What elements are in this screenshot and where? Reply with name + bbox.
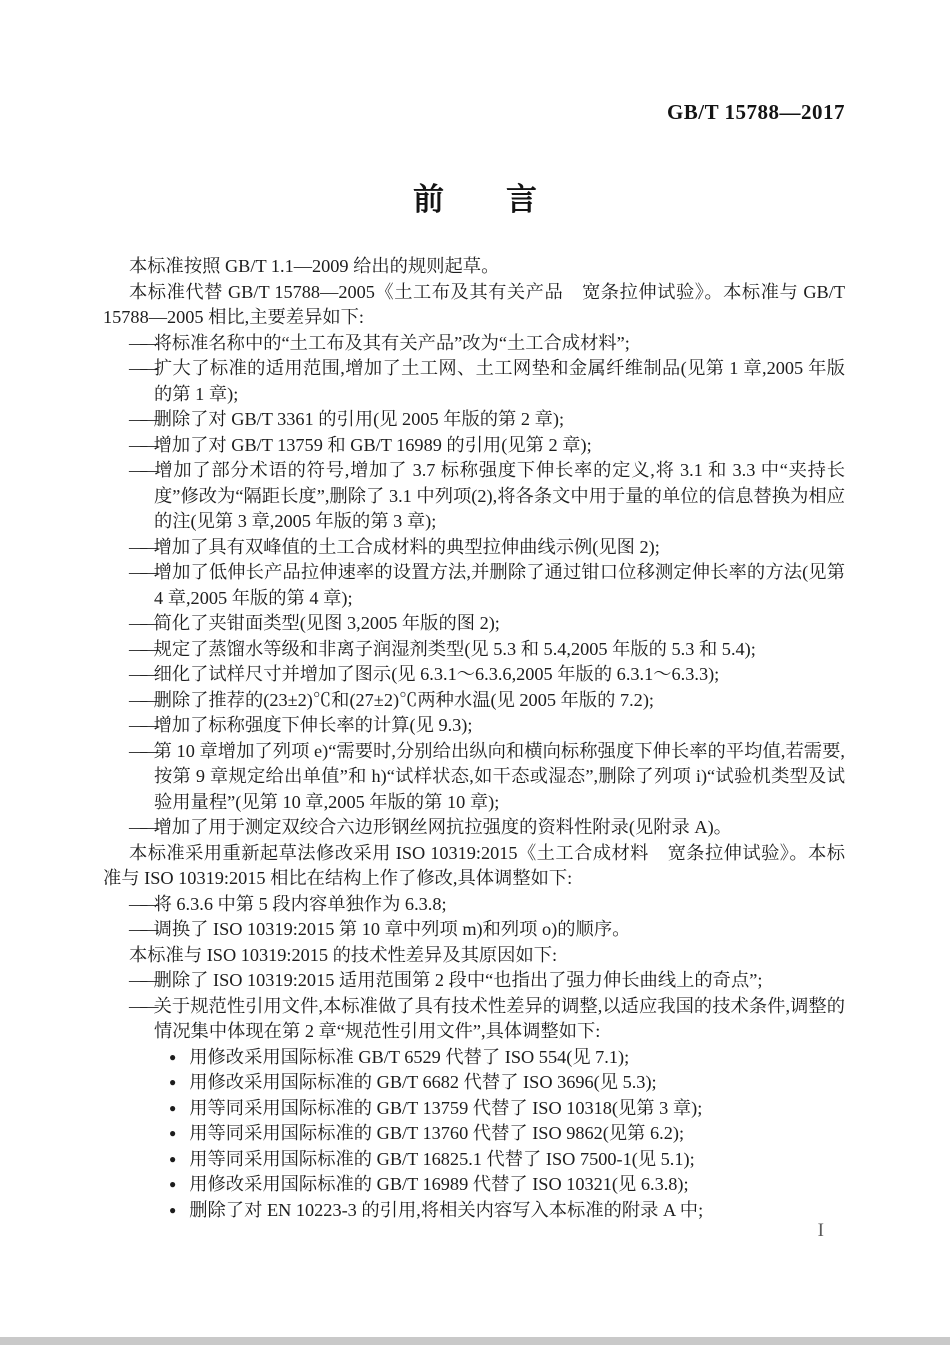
bullet-item: ●用等同采用国际标准的 GB/T 13760 代替了 ISO 9862(见第 6… (103, 1121, 845, 1147)
paragraph-text: 增加了部分术语的符号,增加了 3.7 标称强度下伸长率的定义,将 3.1 和 3… (154, 460, 845, 531)
dash-marker: —— (129, 919, 152, 939)
dash-item: ——增加了标称强度下伸长率的计算(见 9.3); (103, 713, 845, 739)
page-number: I (818, 1220, 824, 1242)
dash-marker: —— (129, 613, 152, 633)
dash-item: ——调换了 ISO 10319:2015 第 10 章中列项 m)和列项 o)的… (103, 917, 845, 943)
dash-item: ——增加了对 GB/T 13759 和 GB/T 16989 的引用(见第 2 … (103, 433, 845, 459)
dash-item: ——删除了 ISO 10319:2015 适用范围第 2 段中“也指出了强力伸长… (103, 968, 845, 994)
document-body: 本标准按照 GB/T 1.1—2009 给出的规则起草。本标准代替 GB/T 1… (103, 254, 845, 1223)
bullet-item: ●用等同采用国际标准的 GB/T 13759 代替了 ISO 10318(见第 … (103, 1096, 845, 1122)
standard-code: GB/T 15788—2017 (667, 100, 845, 125)
dash-marker: —— (129, 715, 152, 735)
dash-item: ——增加了部分术语的符号,增加了 3.7 标称强度下伸长率的定义,将 3.1 和… (103, 458, 845, 535)
bullet-item: ●用修改采用国际标准的 GB/T 16989 代替了 ISO 10321(见 6… (103, 1172, 845, 1198)
dash-marker: —— (129, 894, 152, 914)
paragraph-text: 关于规范性引用文件,本标准做了具有技术性差异的调整,以适应我国的技术条件,调整的… (154, 996, 845, 1042)
bullet-item: ●用等同采用国际标准的 GB/T 16825.1 代替了 ISO 7500-1(… (103, 1147, 845, 1173)
paragraph-text: 增加了用于测定双绞合六边形钢丝网抗拉强度的资料性附录(见附录 A)。 (154, 817, 732, 837)
paragraph-text: 删除了对 GB/T 3361 的引用(见 2005 年版的第 2 章); (154, 409, 564, 429)
page-title: 前 言 (0, 174, 950, 219)
dash-marker: —— (129, 333, 152, 353)
dash-item: ——增加了用于测定双绞合六边形钢丝网抗拉强度的资料性附录(见附录 A)。 (103, 815, 845, 841)
paragraph-text: 增加了具有双峰值的土工合成材料的典型拉伸曲线示例(见图 2); (154, 537, 660, 557)
bullet-icon: ● (169, 1050, 189, 1064)
paragraph: 本标准采用重新起草法修改采用 ISO 10319:2015《土工合成材料 宽条拉… (103, 841, 845, 892)
bullet-item: ●删除了对 EN 10223-3 的引用,将相关内容写入本标准的附录 A 中; (103, 1198, 845, 1224)
paragraph-text: 调换了 ISO 10319:2015 第 10 章中列项 m)和列项 o)的顺序… (154, 919, 631, 939)
dash-marker: —— (129, 996, 152, 1016)
paragraph-text: 删除了 ISO 10319:2015 适用范围第 2 段中“也指出了强力伸长曲线… (154, 970, 763, 990)
dash-marker: —— (129, 690, 152, 710)
dash-marker: —— (129, 741, 152, 761)
paragraph-text: 规定了蒸馏水等级和非离子润湿剂类型(见 5.3 和 5.4,2005 年版的 5… (154, 639, 756, 659)
paragraph-text: 增加了对 GB/T 13759 和 GB/T 16989 的引用(见第 2 章)… (154, 435, 592, 455)
paragraph-text: 用修改采用国际标准的 GB/T 6682 代替了 ISO 3696(见 5.3)… (189, 1072, 656, 1092)
scan-edge (0, 1337, 950, 1345)
document-page: GB/T 15788—2017 前 言 本标准按照 GB/T 1.1—2009 … (0, 0, 950, 1345)
dash-marker: —— (129, 537, 152, 557)
bullet-icon: ● (169, 1101, 189, 1115)
dash-item: ——规定了蒸馏水等级和非离子润湿剂类型(见 5.3 和 5.4,2005 年版的… (103, 637, 845, 663)
dash-item: ——删除了对 GB/T 3361 的引用(见 2005 年版的第 2 章); (103, 407, 845, 433)
dash-item: ——关于规范性引用文件,本标准做了具有技术性差异的调整,以适应我国的技术条件,调… (103, 994, 845, 1045)
paragraph-text: 将 6.3.6 中第 5 段内容单独作为 6.3.8; (154, 894, 447, 914)
bullet-item: ●用修改采用国际标准 GB/T 6529 代替了 ISO 554(见 7.1); (103, 1045, 845, 1071)
dash-item: ——第 10 章增加了列项 e)“需要时,分别给出纵向和横向标称强度下伸长率的平… (103, 739, 845, 816)
paragraph-text: 本标准采用重新起草法修改采用 ISO 10319:2015《土工合成材料 宽条拉… (103, 843, 845, 889)
paragraph-text: 本标准与 ISO 10319:2015 的技术性差异及其原因如下: (129, 945, 557, 965)
bullet-icon: ● (169, 1126, 189, 1140)
paragraph-text: 将标准名称中的“土工布及其有关产品”改为“土工合成材料”; (154, 333, 630, 353)
paragraph-text: 用修改采用国际标准的 GB/T 16989 代替了 ISO 10321(见 6.… (189, 1174, 688, 1194)
paragraph-text: 增加了低伸长产品拉伸速率的设置方法,并删除了通过钳口位移测定伸长率的方法(见第 … (154, 562, 845, 608)
paragraph-text: 简化了夹钳面类型(见图 3,2005 年版的图 2); (154, 613, 500, 633)
dash-marker: —— (129, 639, 152, 659)
dash-item: ——简化了夹钳面类型(见图 3,2005 年版的图 2); (103, 611, 845, 637)
dash-marker: —— (129, 664, 152, 684)
paragraph-text: 增加了标称强度下伸长率的计算(见 9.3); (154, 715, 473, 735)
dash-marker: —— (129, 562, 152, 582)
dash-item: ——增加了低伸长产品拉伸速率的设置方法,并删除了通过钳口位移测定伸长率的方法(见… (103, 560, 845, 611)
dash-item: ——扩大了标准的适用范围,增加了土工网、土工网垫和金属纤维制品(见第 1 章,2… (103, 356, 845, 407)
dash-item: ——将 6.3.6 中第 5 段内容单独作为 6.3.8; (103, 892, 845, 918)
dash-marker: —— (129, 435, 152, 455)
paragraph-text: 扩大了标准的适用范围,增加了土工网、土工网垫和金属纤维制品(见第 1 章,200… (154, 358, 845, 404)
dash-marker: —— (129, 358, 152, 378)
paragraph-text: 本标准代替 GB/T 15788—2005《土工布及其有关产品 宽条拉伸试验》。… (103, 282, 845, 328)
paragraph-text: 本标准按照 GB/T 1.1—2009 给出的规则起草。 (129, 256, 499, 276)
bullet-icon: ● (169, 1177, 189, 1191)
paragraph-text: 删除了对 EN 10223-3 的引用,将相关内容写入本标准的附录 A 中; (189, 1200, 703, 1220)
dash-item: ——增加了具有双峰值的土工合成材料的典型拉伸曲线示例(见图 2); (103, 535, 845, 561)
dash-item: ——细化了试样尺寸并增加了图示(见 6.3.1～6.3.6,2005 年版的 6… (103, 662, 845, 688)
paragraph: 本标准与 ISO 10319:2015 的技术性差异及其原因如下: (103, 943, 845, 969)
dash-marker: —— (129, 409, 152, 429)
dash-marker: —— (129, 460, 152, 480)
dash-marker: —— (129, 970, 152, 990)
paragraph-text: 用等同采用国际标准的 GB/T 13760 代替了 ISO 9862(见第 6.… (189, 1123, 684, 1143)
paragraph-text: 用等同采用国际标准的 GB/T 16825.1 代替了 ISO 7500-1(见… (189, 1149, 694, 1169)
paragraph-text: 第 10 章增加了列项 e)“需要时,分别给出纵向和横向标称强度下伸长率的平均值… (154, 741, 845, 812)
bullet-item: ●用修改采用国际标准的 GB/T 6682 代替了 ISO 3696(见 5.3… (103, 1070, 845, 1096)
dash-item: ——将标准名称中的“土工布及其有关产品”改为“土工合成材料”; (103, 331, 845, 357)
paragraph-text: 用修改采用国际标准 GB/T 6529 代替了 ISO 554(见 7.1); (189, 1047, 629, 1067)
bullet-icon: ● (169, 1203, 189, 1217)
paragraph: 本标准按照 GB/T 1.1—2009 给出的规则起草。 (103, 254, 845, 280)
bullet-icon: ● (169, 1152, 189, 1166)
bullet-icon: ● (169, 1075, 189, 1089)
dash-marker: —— (129, 817, 152, 837)
dash-item: ——删除了推荐的(23±2)℃和(27±2)℃两种水温(见 2005 年版的 7… (103, 688, 845, 714)
paragraph: 本标准代替 GB/T 15788—2005《土工布及其有关产品 宽条拉伸试验》。… (103, 280, 845, 331)
paragraph-text: 用等同采用国际标准的 GB/T 13759 代替了 ISO 10318(见第 3… (189, 1098, 702, 1118)
paragraph-text: 细化了试样尺寸并增加了图示(见 6.3.1～6.3.6,2005 年版的 6.3… (154, 664, 720, 684)
paragraph-text: 删除了推荐的(23±2)℃和(27±2)℃两种水温(见 2005 年版的 7.2… (154, 690, 654, 710)
